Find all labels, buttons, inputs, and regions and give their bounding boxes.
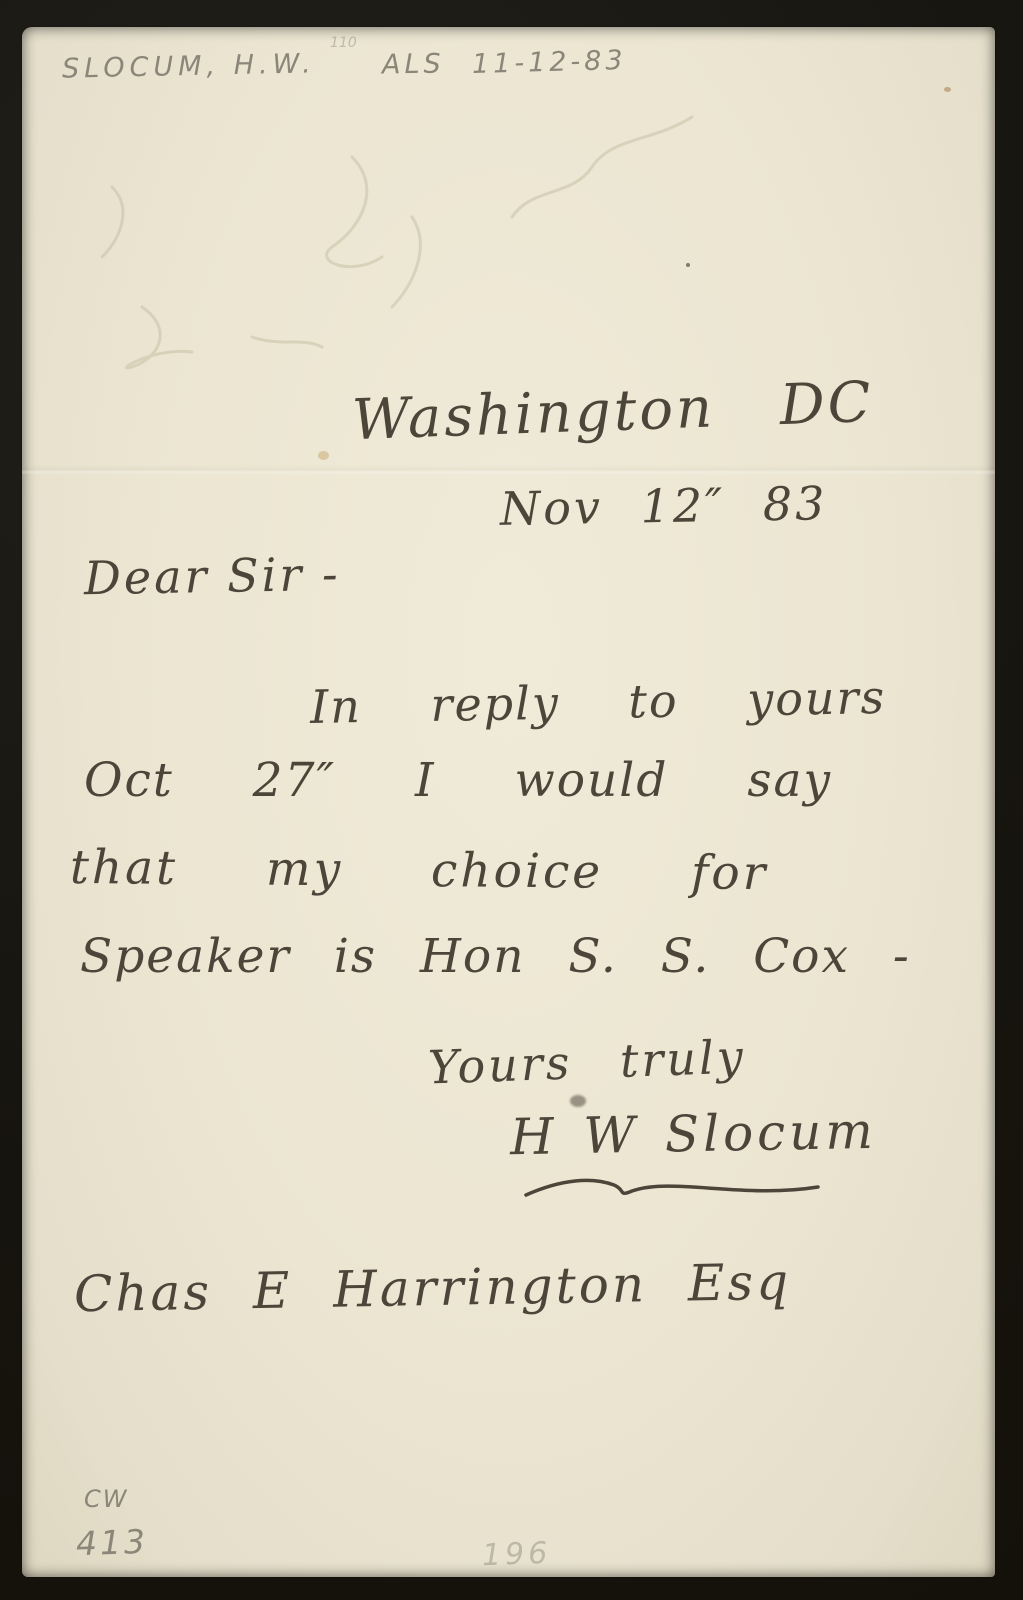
paper-speck bbox=[944, 87, 951, 92]
date-line: Nov 12″ 83 bbox=[500, 476, 828, 536]
body-line-4: Speaker is Hon S. S. Cox - bbox=[80, 929, 911, 984]
letter-page: SLOCUM, H.W. 110 ALS 11-12-83 Washington… bbox=[22, 27, 995, 1577]
foxing-spot bbox=[318, 451, 329, 460]
salutation-line: Dear Sir - bbox=[84, 547, 341, 605]
paper-speck bbox=[686, 263, 690, 267]
body-line-2: Oct 27″ I would say bbox=[84, 753, 832, 808]
signature: H W Slocum bbox=[510, 1102, 878, 1166]
place-line: Washington DC bbox=[351, 370, 874, 453]
catalog-item-number: 413 bbox=[75, 1522, 148, 1563]
archive-note-doc-type: ALS bbox=[382, 48, 445, 80]
archive-note-name: SLOCUM, H.W. bbox=[62, 48, 316, 84]
body-line-3: that my choice for bbox=[70, 840, 769, 901]
body-line-1: In reply to yours bbox=[310, 670, 887, 734]
ghost-show-through-writing bbox=[52, 97, 752, 377]
recipient-line: Chas E Harrington Esq bbox=[74, 1253, 792, 1324]
archive-note-date: 11-12-83 bbox=[472, 45, 627, 80]
catalog-page-number: 196 bbox=[481, 1536, 551, 1573]
archive-note-faint-mark: 110 bbox=[330, 35, 357, 51]
catalog-collection-code: CW bbox=[84, 1485, 129, 1513]
scan-mat: SLOCUM, H.W. 110 ALS 11-12-83 Washington… bbox=[0, 0, 1023, 1600]
signature-flourish bbox=[522, 1173, 822, 1203]
ink-smudge bbox=[570, 1095, 586, 1107]
paper-crease bbox=[22, 465, 995, 475]
closing-line: Yours truly bbox=[427, 1029, 746, 1094]
